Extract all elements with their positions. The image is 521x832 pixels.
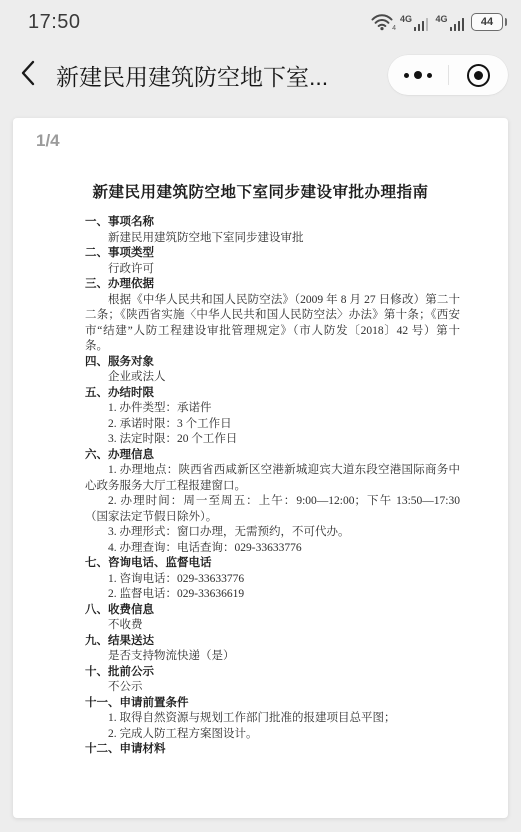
wifi-badge: 4 (392, 25, 396, 32)
section-paragraph: 1. 取得自然资源与规划工作部门批准的报建项目总平图； (85, 711, 460, 727)
chevron-left-icon (20, 59, 36, 92)
page-title: 新建民用建筑防空地下室... (56, 59, 328, 92)
section-paragraph: 新建民用建筑防空地下室同步建设审批 (85, 231, 460, 247)
section-heading: 二、事项类型 (85, 246, 460, 262)
status-icons: 4 4G 4G 44 (371, 13, 507, 31)
back-button[interactable] (20, 58, 50, 92)
section-paragraph: 2. 办理时间：周一至周五：上午：9:00—12:00；下午 13:50—17:… (85, 494, 460, 525)
section-heading: 一、事项名称 (85, 215, 460, 231)
battery-percent: 44 (471, 13, 503, 31)
section-paragraph: 4. 办理查询：电话查询：029-33633776 (85, 541, 460, 557)
section-paragraph: 行政许可 (85, 262, 460, 278)
wifi-icon: 4 (371, 13, 393, 31)
phone-screen: 17:50 4 4G 4G (0, 0, 521, 832)
section-heading: 六、办理信息 (85, 448, 460, 464)
document-title: 新建民用建筑防空地下室同步建设审批办理指南 (13, 180, 508, 202)
miniprogram-capsule (388, 55, 508, 95)
status-bar: 17:50 4 4G 4G (0, 0, 521, 44)
section-paragraph: 2. 完成人防工程方案图设计。 (85, 727, 460, 743)
section-heading: 五、办结时限 (85, 386, 460, 402)
section-paragraph: 1. 办理地点：陕西省西咸新区空港新城迎宾大道东段空港国际商务中心政务服务大厅工… (85, 463, 460, 494)
section-heading: 十、批前公示 (85, 665, 460, 681)
section-heading: 四、服务对象 (85, 355, 460, 371)
section-paragraph: 是否支持物流快递（是） (85, 649, 460, 665)
page-indicator: 1/4 (36, 131, 508, 151)
section-paragraph: 不收费 (85, 618, 460, 634)
nav-bar: 新建民用建筑防空地下室... (0, 44, 521, 106)
section-paragraph: 不公示 (85, 680, 460, 696)
section-heading: 九、结果送达 (85, 634, 460, 650)
more-dots-icon (404, 71, 432, 79)
section-paragraph: 根据《中华人民共和国人民防空法》（2009 年 8 月 27 日修改）第二十二条… (85, 293, 460, 355)
section-paragraph: 3. 办理形式：窗口办理，无需预约，不可代办。 (85, 525, 460, 541)
document-body: 一、事项名称新建民用建筑防空地下室同步建设审批二、事项类型行政许可三、办理依据根… (13, 215, 508, 758)
section-heading: 十一、申请前置条件 (85, 696, 460, 712)
document-page[interactable]: 1/4 新建民用建筑防空地下室同步建设审批办理指南 一、事项名称新建民用建筑防空… (13, 118, 508, 818)
section-heading: 十二、申请材料 (85, 742, 460, 758)
section-heading: 八、收费信息 (85, 603, 460, 619)
section-paragraph: 2. 承诺时限：3 个工作日 (85, 417, 460, 433)
sim1-signal-icon: 4G (400, 13, 429, 31)
section-paragraph: 企业或法人 (85, 370, 460, 386)
section-paragraph: 3. 法定时限：20 个工作日 (85, 432, 460, 448)
clock: 17:50 (28, 11, 81, 34)
section-paragraph: 1. 咨询电话：029-33633776 (85, 572, 460, 588)
section-heading: 三、办理依据 (85, 277, 460, 293)
sim2-signal-icon: 4G (435, 13, 464, 31)
target-circle-icon (467, 64, 490, 87)
section-paragraph: 2. 监督电话：029-33636619 (85, 587, 460, 603)
section-paragraph: 1. 办件类型：承诺件 (85, 401, 460, 417)
battery-icon: 44 (471, 13, 507, 31)
exit-button[interactable] (449, 55, 509, 95)
more-button[interactable] (388, 55, 448, 95)
section-heading: 七、咨询电话、监督电话 (85, 556, 460, 572)
